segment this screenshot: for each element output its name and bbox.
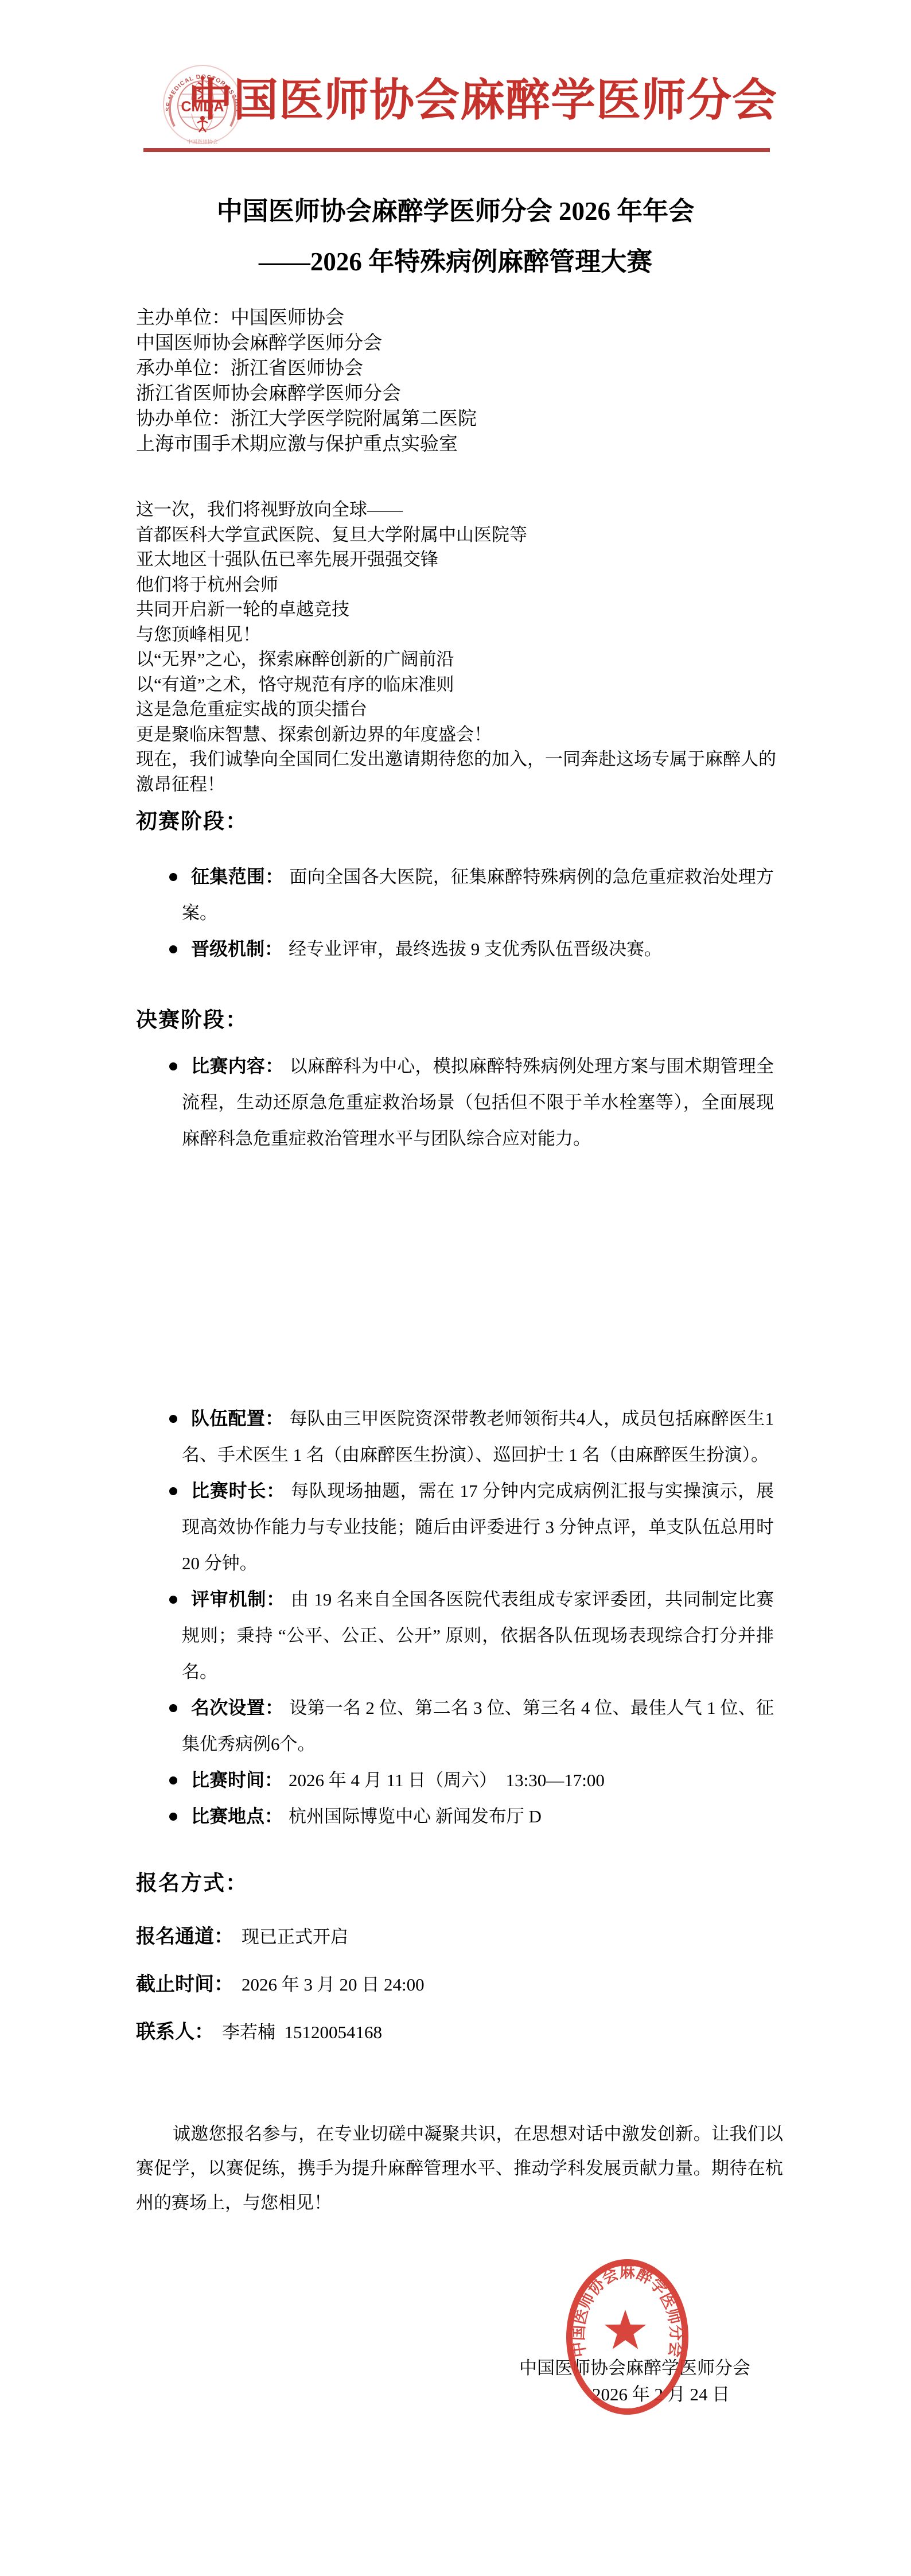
intro-line: 亚太地区十强队伍已率先展开强强交锋 bbox=[136, 547, 784, 572]
organizer-line: 主办单位：中国医师协会 bbox=[136, 305, 477, 331]
list-item: 名次设置：设第一名 2 位、第二名 3 位、第三名 4 位、最佳人气 1 位、征… bbox=[136, 1690, 774, 1762]
intro-line: 首都医科大学宣武医院、复旦大学附属中山医院等 bbox=[136, 522, 784, 548]
signup-row-label: 报名通道： bbox=[136, 1926, 233, 1947]
signature-org: 中国医师协会麻醉学医师分会 bbox=[519, 2353, 750, 2379]
signature-date: 2026 年 2 月 24 日 bbox=[592, 2380, 730, 2406]
organizer-line: 浙江省医师协会麻醉学医师分会 bbox=[136, 381, 477, 406]
svg-text:中国医师协会: 中国医师协会 bbox=[187, 138, 218, 145]
final-stage-list-continued: 队伍配置：每队由三甲医院资深带教老师领衔共4人，成员包括麻醉医生1 名、手术医生… bbox=[136, 1400, 774, 1834]
list-item: 评审机制：由 19 名来自全国各医院代表组成专家评委团，共同制定比赛规则；秉持 … bbox=[136, 1581, 774, 1690]
preliminary-heading: 初赛阶段： bbox=[136, 808, 248, 835]
signup-row-label: 联系人： bbox=[136, 2021, 214, 2043]
document-title-line1: 中国医师协会麻醉学医师分会 2026 年年会 bbox=[0, 186, 911, 236]
item-label: 队伍配置： bbox=[191, 1408, 283, 1429]
item-label: 名次设置： bbox=[191, 1697, 283, 1718]
item-text: 经专业评审，最终选拔 9 支优秀队伍晋级决赛。 bbox=[289, 939, 662, 959]
letterhead-rule bbox=[143, 148, 770, 152]
organizer-line: 协办单位：浙江大学医学院附属第二医院 bbox=[136, 406, 477, 432]
intro-line: 与您顶峰相见！ bbox=[136, 622, 784, 647]
item-label: 征集范围： bbox=[191, 866, 283, 887]
intro-line: 这一次，我们将视野放向全球—— bbox=[136, 497, 784, 522]
letterhead-org-name: 中国医师协会麻醉学医师分会 bbox=[188, 75, 777, 126]
seal-star-icon bbox=[605, 2310, 646, 2349]
intro-line: 共同开启新一轮的卓越竞技 bbox=[136, 597, 784, 622]
item-label: 比赛时长： bbox=[191, 1480, 285, 1501]
signup-row: 联系人：李若楠 15120054168 bbox=[136, 2018, 425, 2046]
signup-row-value: 李若楠 15120054168 bbox=[222, 2022, 382, 2042]
invite-paragraph: 现在，我们诚挚向全国同仁发出邀请期待您的加入，一同奔赴这场专属于麻醉人的激昂征程… bbox=[136, 747, 784, 797]
organizer-line: 中国医师协会麻醉学医师分会 bbox=[136, 331, 477, 356]
intro-lines: 这一次，我们将视野放向全球——首都医科大学宣武医院、复旦大学附属中山医院等亚太地… bbox=[136, 497, 784, 747]
closing-paragraph: 诚邀您报名参与，在专业切磋中凝聚共识，在思想对话中激发创新。让我们以赛促学，以赛… bbox=[136, 2117, 783, 2220]
signup-row: 截止时间：2026 年 3 月 20 日 24:00 bbox=[136, 1970, 425, 1999]
organizer-line: 上海市围手术期应激与保护重点实验室 bbox=[136, 432, 477, 457]
signup-row-value: 2026 年 3 月 20 日 24:00 bbox=[242, 1974, 425, 1995]
list-item: 比赛内容：以麻醉科为中心，模拟麻醉特殊病例处理方案与围术期管理全流程，生动还原急… bbox=[136, 1048, 774, 1157]
signup-row-value: 现已正式开启 bbox=[242, 1927, 348, 1947]
list-item: 比赛时长：每队现场抽题，需在 17 分钟内完成病例汇报与实操演示，展现高效协作能… bbox=[136, 1473, 774, 1581]
list-item: 晋级机制：经专业评审，最终选拔 9 支优秀队伍晋级决赛。 bbox=[136, 931, 774, 967]
intro-line: 以“有道”之术，恪守规范有序的临床准则 bbox=[136, 672, 784, 697]
list-item: 队伍配置：每队由三甲医院资深带教老师领衔共4人，成员包括麻醉医生1 名、手术医生… bbox=[136, 1400, 774, 1473]
document-title-line2: ——2026 年特殊病例麻醉管理大赛 bbox=[0, 236, 911, 287]
organizer-line: 承办单位：浙江省医师协会 bbox=[136, 356, 477, 381]
intro-line: 他们将于杭州会师 bbox=[136, 572, 784, 598]
item-text: 杭州国际博览中心 新闻发布厅 D bbox=[289, 1806, 542, 1826]
intro-block: 这一次，我们将视野放向全球——首都医科大学宣武医院、复旦大学附属中山医院等亚太地… bbox=[136, 497, 784, 797]
intro-line: 这是急危重症实战的顶尖擂台 bbox=[136, 697, 784, 722]
item-text: 2026 年 4 月 11 日（周六） 13:30—17:00 bbox=[289, 1770, 605, 1790]
signup-row: 报名通道：现已正式开启 bbox=[136, 1923, 425, 1951]
final-stage-list: 比赛内容：以麻醉科为中心，模拟麻醉特殊病例处理方案与围术期管理全流程，生动还原急… bbox=[136, 1048, 774, 1157]
list-item: 征集范围：面向全国各大医院，征集麻醉特殊病例的急危重症救治处理方案。 bbox=[136, 859, 774, 931]
final-stage-heading: 决赛阶段： bbox=[136, 1007, 248, 1033]
svg-text:中国医师协会麻醉学医师分会: 中国医师协会麻醉学医师分会 bbox=[569, 2263, 686, 2358]
document-page: CHINESE MEDICAL DOCTOR ASSOCIATION CMDA … bbox=[0, 0, 911, 2576]
item-label: 比赛时间： bbox=[191, 1770, 283, 1790]
preliminary-list: 征集范围：面向全国各大医院，征集麻醉特殊病例的急危重症救治处理方案。 晋级机制：… bbox=[136, 859, 774, 967]
intro-line: 以“无界”之心，探索麻醉创新的广阔前沿 bbox=[136, 647, 784, 672]
item-label: 晋级机制： bbox=[191, 938, 283, 959]
list-item: 比赛地点：杭州国际博览中心 新闻发布厅 D bbox=[136, 1798, 774, 1834]
signup-rows: 报名通道：现已正式开启 截止时间：2026 年 3 月 20 日 24:00 联… bbox=[136, 1923, 425, 2066]
signup-heading: 报名方式： bbox=[136, 1870, 248, 1896]
item-label: 评审机制： bbox=[191, 1589, 285, 1609]
document-title: 中国医师协会麻醉学医师分会 2026 年年会 ——2026 年特殊病例麻醉管理大… bbox=[0, 186, 911, 287]
intro-line: 更是聚临床智慧、探索创新边界的年度盛会！ bbox=[136, 722, 784, 747]
item-label: 比赛地点： bbox=[191, 1806, 283, 1826]
organizer-list: 主办单位：中国医师协会中国医师协会麻醉学医师分会承办单位：浙江省医师协会浙江省医… bbox=[136, 305, 477, 457]
list-item: 比赛时间：2026 年 4 月 11 日（周六） 13:30—17:00 bbox=[136, 1762, 774, 1798]
signup-row-label: 截止时间： bbox=[136, 1973, 233, 1995]
item-label: 比赛内容： bbox=[191, 1056, 283, 1076]
